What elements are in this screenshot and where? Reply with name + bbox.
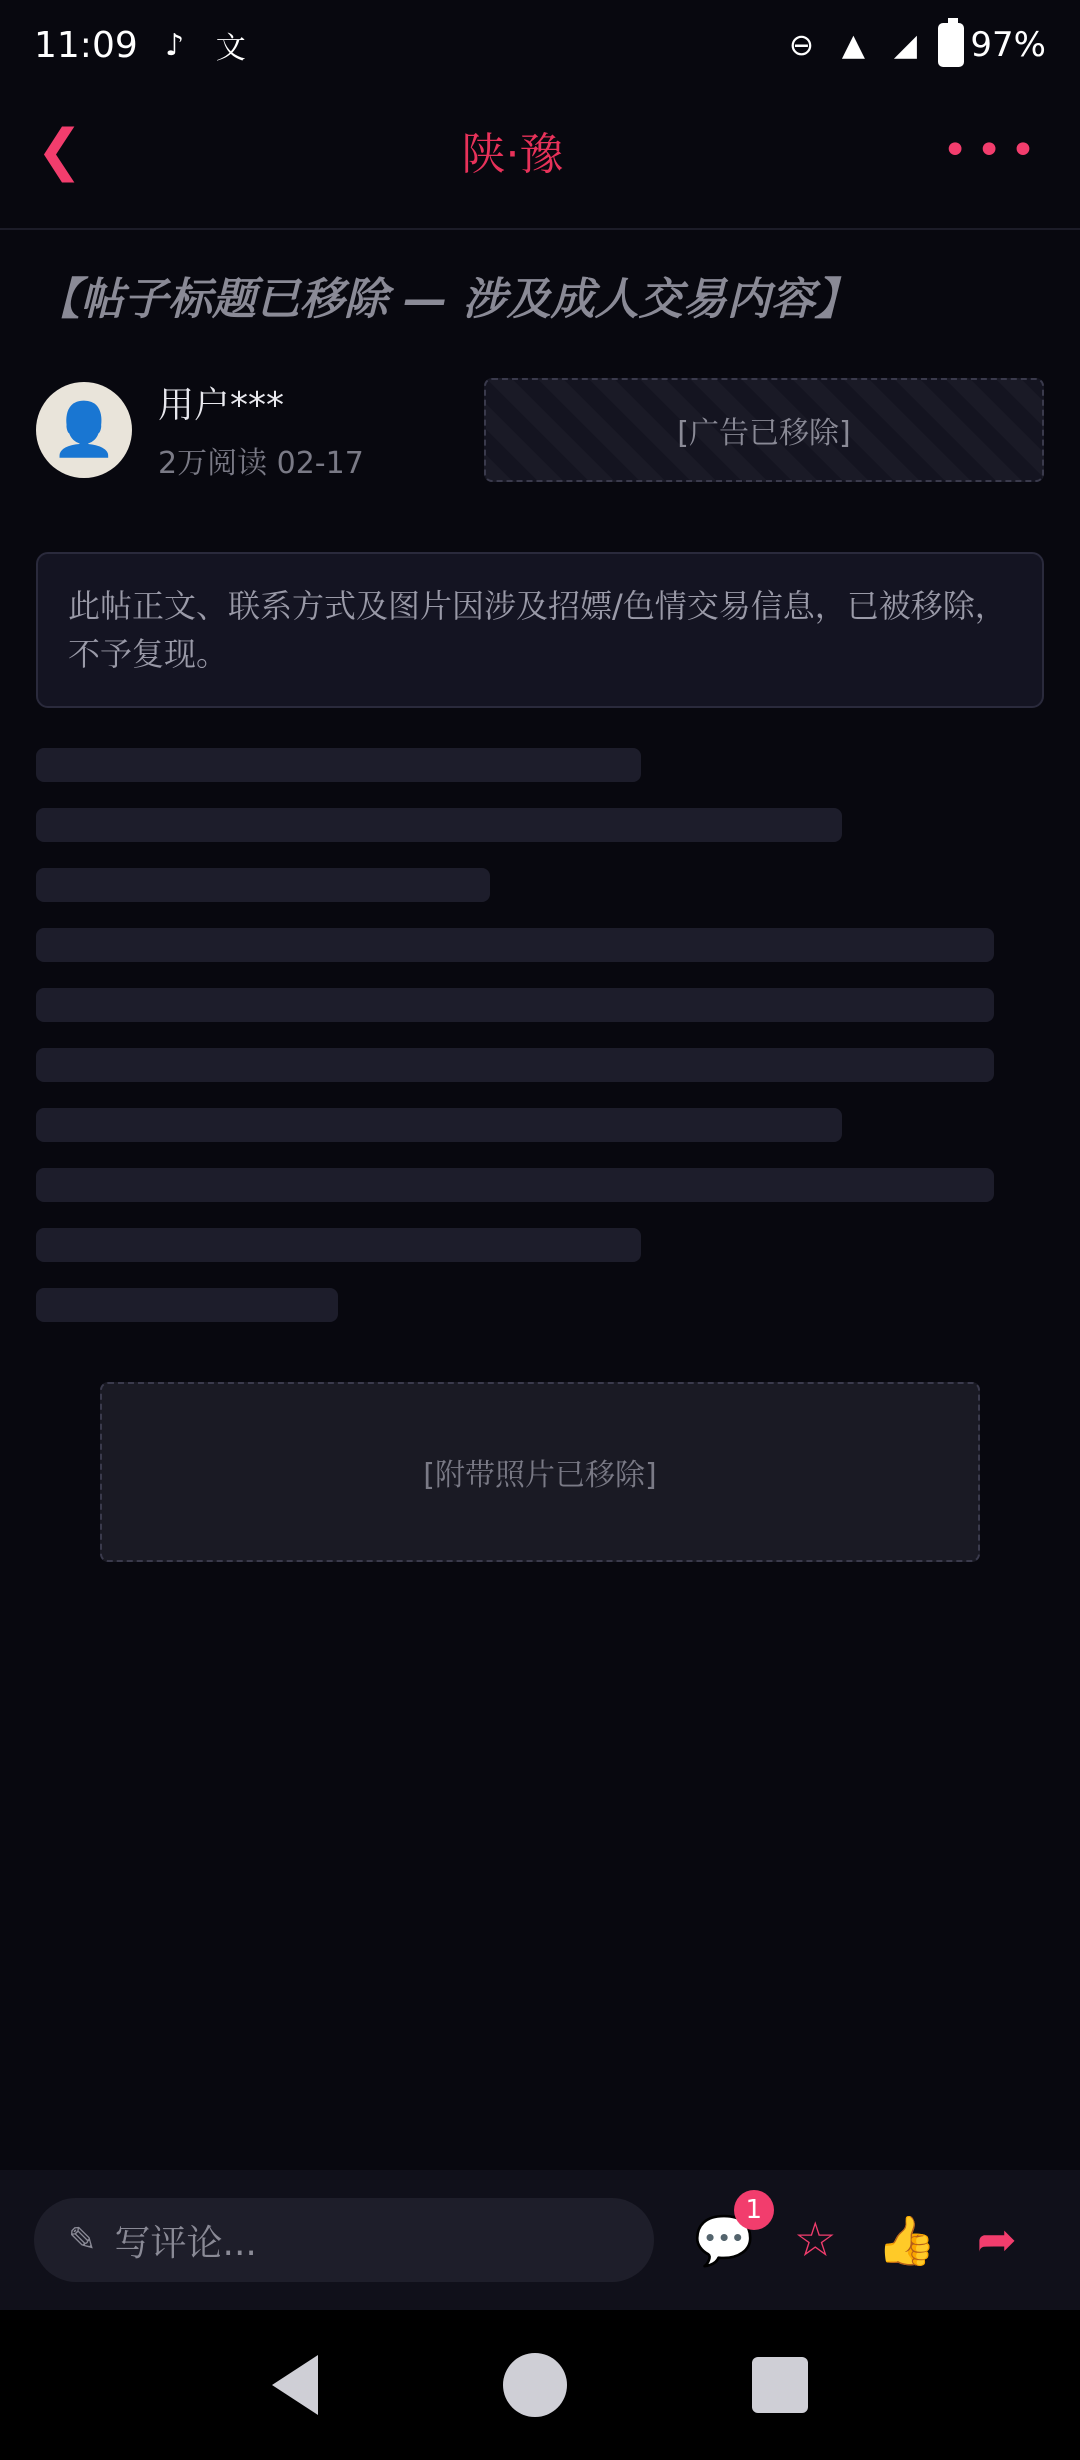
redacted-text-line: [36, 1108, 842, 1142]
do-not-disturb-icon: ⊖: [782, 26, 820, 64]
author-name: 用户***: [158, 377, 364, 428]
pencil-icon: ✎: [68, 2220, 97, 2260]
wifi-icon: ▲: [834, 26, 872, 64]
battery-indicator: 97%: [938, 23, 1046, 67]
battery-percent: 97%: [970, 25, 1046, 65]
redacted-text-line: [36, 808, 842, 842]
redacted-text-line: [36, 1048, 994, 1082]
author-row: 👤 用户*** 2万阅读 02-17 [广告已移除]: [36, 377, 1044, 482]
redacted-text-line: [36, 928, 994, 962]
comment-bar: ✎ 写评论... 💬 1 ☆ 👍 ➦: [0, 2170, 1080, 2310]
post-title-redacted: 【帖子标题已移除 — 涉及成人交易内容】: [36, 270, 1044, 329]
page-title: 陕·豫: [462, 118, 564, 182]
ad-banner-redacted: [广告已移除]: [484, 378, 1044, 482]
redacted-text-line: [36, 988, 994, 1022]
translate-notification-icon: 文: [212, 26, 250, 64]
more-menu-icon[interactable]: •••: [942, 125, 1044, 176]
android-home-button[interactable]: [503, 2353, 567, 2417]
redacted-text-line: [36, 1288, 338, 1322]
android-back-button[interactable]: [272, 2355, 318, 2415]
redaction-notice: 此帖正文、联系方式及图片因涉及招嫖/色情交易信息，已被移除，不予复现。: [36, 552, 1044, 708]
avatar[interactable]: 👤: [36, 382, 132, 478]
like-icon[interactable]: 👍: [877, 2212, 937, 2269]
post-content: 【帖子标题已移除 — 涉及成人交易内容】 👤 用户*** 2万阅读 02-17 …: [0, 230, 1080, 2170]
post-meta: 2万阅读 02-17: [158, 438, 364, 482]
photo-redacted: [附带照片已移除]: [100, 1382, 980, 1562]
app-header: ❮ 陕·豫 •••: [0, 90, 1080, 210]
post-body-redacted: [36, 748, 1044, 1322]
redacted-text-line: [36, 1168, 994, 1202]
redacted-text-line: [36, 748, 641, 782]
comment-placeholder: 写评论...: [115, 2215, 257, 2266]
redacted-text-line: [36, 1228, 641, 1262]
share-icon[interactable]: ➦: [977, 2212, 1017, 2268]
android-recents-button[interactable]: [752, 2357, 808, 2413]
comments-icon[interactable]: 💬 1: [694, 2212, 754, 2269]
android-navigation-bar: [0, 2310, 1080, 2460]
music-notification-icon: ♪: [156, 26, 194, 64]
signal-icon: ◢: [886, 26, 924, 64]
clock: 11:09: [34, 25, 138, 66]
comment-count-badge: 1: [734, 2190, 774, 2230]
status-bar: 11:09 ♪ 文 ⊖ ▲ ◢ 97%: [0, 0, 1080, 90]
comment-input[interactable]: ✎ 写评论...: [34, 2198, 654, 2282]
back-icon[interactable]: ❮: [36, 118, 83, 183]
battery-icon: [938, 23, 964, 67]
app-screen: 11:09 ♪ 文 ⊖ ▲ ◢ 97% ❮ 陕·豫 ••• 【帖子标题已移除 —…: [0, 0, 1080, 2460]
favorite-star-icon[interactable]: ☆: [794, 2212, 837, 2268]
redacted-text-line: [36, 868, 490, 902]
